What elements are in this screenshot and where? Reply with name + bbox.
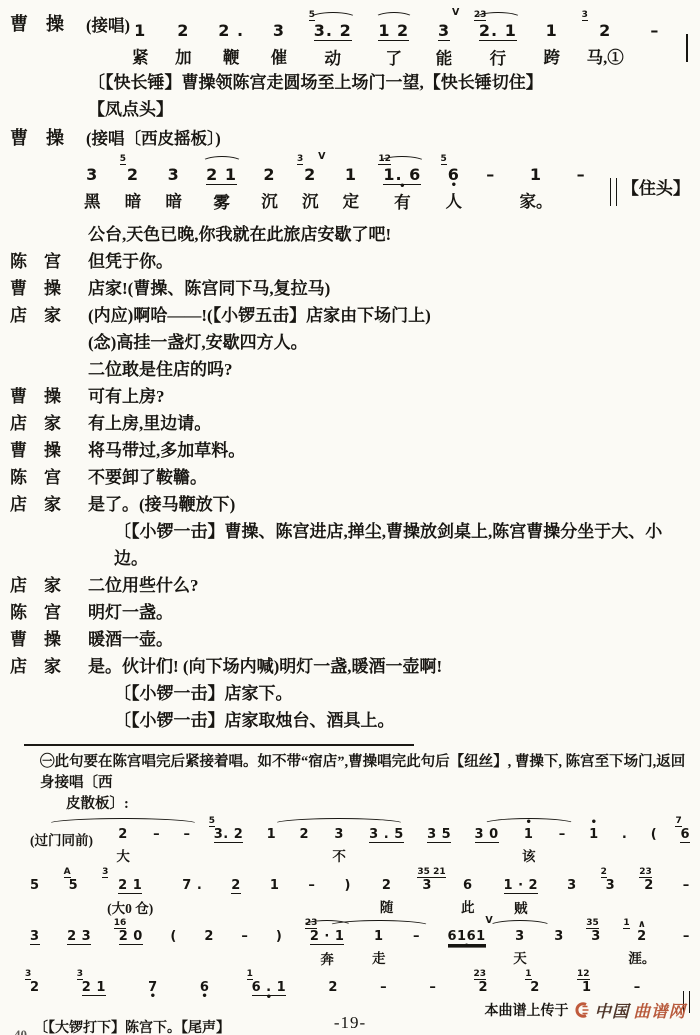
lyric: 涯。 — [628, 951, 655, 967]
dialogue-text: 公台,天色已晚,你我就在此旅店安歇了吧! — [88, 221, 692, 248]
note-text: 1 — [270, 878, 280, 893]
octave-dot-above-icon: • — [525, 819, 531, 827]
note-cell: – — [429, 969, 436, 1018]
lyric: 定 — [343, 192, 360, 212]
lyric: 家。 — [519, 192, 552, 212]
lyric: 贼 — [514, 901, 528, 917]
lyric: 跨 — [543, 48, 560, 68]
note-text: 3 — [554, 929, 564, 944]
corner-mark: 40 — [14, 1027, 27, 1035]
note-cell: 32 1(大0 仓) — [107, 867, 153, 917]
note-text: 3 5 — [427, 827, 451, 843]
note-cell: 2 .鞭 — [218, 10, 244, 68]
speaker-name: 曹 操 — [10, 275, 88, 302]
music-line-1: 1紧2加2 .鞭3催53. 2动1 2了V3能232. 1行1跨32马,①– — [132, 10, 692, 69]
vocal-tag: (接唱〔西皮摇板〕) — [86, 125, 221, 152]
grace-note: 5 — [209, 817, 215, 827]
note-cell: – — [413, 918, 420, 967]
dialogue-text: 〔【小锣一击】店家取烛台、酒具上。 — [88, 707, 692, 734]
dialogue-block: 公台,天色已晚,你我就在此旅店安歇了吧!陈 宫但凭于你。曹 操店家!(曹操、陈宫… — [0, 221, 700, 734]
note-cell: ( — [651, 816, 657, 865]
dialogue-row: 陈 宫明灯一盏。 — [0, 599, 700, 626]
slur-arc-icon — [202, 156, 242, 168]
grace-note: 3 — [582, 11, 588, 21]
note-cell: – — [559, 816, 566, 865]
note-text: 2 1 — [206, 166, 237, 185]
note-cell: – — [241, 918, 248, 967]
note-cell: – — [577, 154, 586, 212]
note-text: 3 — [438, 22, 450, 41]
grace-note: 1 — [525, 970, 531, 980]
note-text: – — [486, 166, 495, 184]
stage-direction: 【凤点头】 — [0, 96, 700, 123]
lyric: 随 — [380, 900, 394, 916]
grace-note: 5 — [441, 155, 447, 165]
note-text: – — [429, 980, 436, 995]
note-cell: 232. 1行 — [479, 10, 517, 69]
note-cell: 1∧2涯。 — [628, 918, 655, 967]
speaker-name: 陈 宫 — [10, 248, 88, 275]
grace-note: 12 — [378, 155, 391, 165]
lyric: (大0 仓) — [107, 901, 153, 917]
dialogue-text: (念)高挂一盏灯,安歇四方人。 — [88, 329, 692, 356]
dialogue-text: 店家!(曹操、陈宫同下马,复拉马) — [88, 275, 692, 302]
note-cell: 3天 — [513, 918, 527, 967]
note-text: 6 — [680, 827, 690, 843]
note-text: 7 . — [182, 878, 202, 893]
lyric: 动 — [324, 49, 341, 69]
grace-note: 35 21 — [417, 868, 445, 878]
note-cell: 2 — [231, 867, 241, 917]
dialogue-row: 曹 操可有上房? — [0, 383, 700, 410]
octave-dot-below-icon: • — [201, 995, 207, 1000]
grace-note: 3 — [77, 970, 83, 980]
lyric: 马,① — [587, 48, 624, 68]
note-text: – — [241, 929, 248, 944]
octave-dot-below-icon: • — [463, 945, 469, 950]
note-text: 1 — [267, 827, 277, 842]
note-cell: – — [308, 867, 315, 916]
grace-note: 1 — [247, 970, 253, 980]
note-cell: 3 . 5 — [369, 816, 404, 866]
note-cell: 53. 2动 — [314, 10, 352, 69]
section-label: 【住头】 — [622, 166, 690, 198]
speaker-name — [10, 680, 88, 707]
note-cell: – — [683, 918, 690, 967]
note-cell: – — [683, 867, 690, 916]
note-text: 3 — [591, 929, 601, 944]
octave-dot-below-icon: • — [266, 996, 272, 1001]
octave-dot-above-icon: ∧ — [638, 921, 646, 929]
lyric: 此 — [461, 900, 475, 916]
speaker-name: 店 家 — [10, 410, 88, 437]
footnote-text: 皮散板〕: — [0, 794, 700, 815]
aria-row-1: 曹 操 (接唱) 1紧2加2 .鞭3催53. 2动1 2了V3能232. 1行1… — [0, 0, 700, 69]
note-cell: 1 — [270, 867, 280, 916]
grace-note: 1 — [623, 919, 629, 929]
note-text: 2 0 — [119, 929, 143, 945]
lyric: 紧 — [132, 48, 149, 68]
note-text: 2 — [530, 980, 540, 995]
note-cell: 3催 — [271, 10, 288, 68]
note-text: 1 — [589, 827, 599, 842]
lyric: 大 — [116, 849, 130, 865]
note-text: 2 — [127, 166, 139, 184]
note-text: ) — [344, 878, 350, 893]
note-cell: 23 — [606, 867, 616, 916]
dialogue-row: 曹 操将马带过,多加草料。 — [0, 437, 700, 464]
dialogue-row: 店 家是了。(接马鞭放下) — [0, 491, 700, 518]
lyric: 走 — [372, 951, 386, 967]
note-cell: 2 1雾 — [206, 154, 237, 213]
dialogue-row: 〔【小锣一击】店家取烛台、酒具上。 — [0, 707, 700, 734]
speaker-name: 曹 操 — [10, 10, 86, 36]
note-cell: 2大 — [116, 816, 130, 865]
note-cell: 2沉 — [261, 154, 278, 212]
dialogue-text: 有上房,里边请。 — [88, 410, 692, 437]
note-cell: 2随 — [380, 867, 394, 916]
octave-dot-below-icon: • — [150, 995, 156, 1000]
note-text: . — [622, 827, 627, 842]
note-cell: 162 0 — [119, 918, 143, 968]
note-cell: 1定 — [343, 154, 360, 212]
note-cell: 56•人 — [446, 154, 463, 212]
breath-mark-icon: V — [452, 8, 459, 17]
note-text: 2 — [382, 878, 392, 893]
note-text: 2 — [204, 929, 214, 944]
lyric: 雾 — [213, 193, 230, 213]
note-cell: 1跨 — [543, 10, 560, 68]
note-cell: 3 — [554, 918, 564, 967]
note-text: 2 — [328, 980, 338, 995]
note-text: 3. 2 — [214, 827, 244, 843]
note-text: – — [183, 827, 190, 842]
grace-note: 2 — [601, 868, 607, 878]
speaker-name — [10, 221, 88, 248]
footnote-music-block: (过门同前)2大––53. 2123不3 . 53 53 0•1该–•1.(76… — [0, 815, 700, 1019]
note-text: 3 0 — [475, 827, 499, 843]
dialogue-row: 公台,天色已晚,你我就在此旅店安歇了吧! — [0, 221, 700, 248]
lyric: 能 — [436, 49, 453, 69]
note-text: 2 — [637, 929, 647, 944]
footnote-music-line: 32 3162 0(2–)232 · 1奔1走–V6161•3天33531∧2涯… — [0, 917, 700, 968]
footnote-text: ㊀此句要在陈宫唱完后紧接着唱。如不带“宿店”,曹操唱完此句后【纽丝】, 曹操下,… — [0, 752, 700, 794]
grace-note: 3 — [102, 868, 108, 878]
note-cell: 3暗 — [165, 154, 182, 212]
note-cell: 6此 — [461, 867, 475, 916]
dialogue-row: 店 家是。伙计们! (向下场内喊)明灯一盏,暖酒一壶啊! — [0, 653, 700, 680]
double-barline-icon — [610, 178, 617, 206]
vocal-tag: (接唱) — [86, 10, 130, 36]
note-text: 1 — [345, 166, 357, 184]
note-text: 1 2 — [378, 22, 409, 41]
note-text: – — [559, 827, 566, 842]
dialogue-text: 明灯一盏。 — [88, 599, 692, 626]
note-text: 2 3 — [67, 929, 91, 945]
dialogue-text: 但凭于你。 — [88, 248, 692, 275]
note-text: – — [380, 980, 387, 995]
note-cell: 1家。 — [519, 154, 552, 212]
speaker-name: 曹 操 — [10, 437, 88, 464]
speaker-name: 店 家 — [10, 491, 88, 518]
note-cell: 3不 — [332, 816, 346, 865]
score-page: 曹 操 (接唱) 1紧2加2 .鞭3催53. 2动1 2了V3能232. 1行1… — [0, 0, 700, 1035]
note-cell: – — [153, 816, 160, 865]
speaker-name: 曹 操 — [10, 626, 88, 653]
note-cell: 1 · 2贼 — [504, 867, 539, 917]
note-cell: ) — [344, 867, 350, 916]
lyric: 天 — [513, 951, 527, 967]
dialogue-row: 店 家(内应)啊哈——!(【小锣五击】店家由下场门上) — [0, 302, 700, 329]
lyric: 暗 — [125, 192, 142, 212]
note-text: 2 — [644, 878, 654, 893]
lyric: 有 — [394, 193, 411, 213]
note-cell: 121. 6•有 — [383, 154, 421, 213]
dialogue-row: 〔【小锣一击】曹操、陈宫进店,掸尘,曹操放剑桌上,陈宫曹操分坐于大、小边。 — [0, 518, 700, 572]
note-cell: A5 — [69, 867, 79, 916]
footnote-music-line: (过门同前)2大––53. 2123不3 . 53 53 0•1该–•1.(76 — [0, 815, 700, 866]
lyric: 加 — [175, 48, 192, 68]
note-cell: – — [650, 10, 659, 68]
octave-dot-above-icon: • — [591, 819, 597, 827]
dialogue-text: 不要卸了鞍韂。 — [88, 464, 692, 491]
note-text: 1 · 2 — [504, 878, 539, 894]
note-text: ( — [651, 827, 657, 842]
lyric: 催 — [271, 48, 288, 68]
note-text: – — [413, 929, 420, 944]
dialogue-row: 二位敢是住店的吗? — [0, 356, 700, 383]
lyric: 人 — [446, 192, 463, 212]
note-cell: – — [380, 969, 387, 1018]
note-text: 2 — [304, 166, 316, 184]
slur-arc-icon — [47, 818, 199, 830]
grace-note: 23 — [639, 868, 652, 878]
speaker-name: 陈 宫 — [10, 464, 88, 491]
note-cell: 52暗 — [125, 154, 142, 212]
note-text: 2 — [479, 980, 489, 995]
note-cell: 3黑 — [84, 154, 101, 212]
lyric: 鞭 — [223, 48, 240, 68]
note-text: 2 1 — [118, 878, 142, 894]
grace-note: 5 — [309, 11, 315, 21]
dialogue-row: 店 家有上房,里边请。 — [0, 410, 700, 437]
note-text: ( — [170, 929, 176, 944]
slur-arc-icon — [489, 920, 551, 932]
note-text: 3 — [273, 22, 285, 40]
note-text: 5 — [30, 878, 40, 893]
grace-note: 23 — [474, 11, 487, 21]
speaker-name: 陈 宫 — [10, 599, 88, 626]
note-text: – — [153, 827, 160, 842]
note-text: 3 — [422, 878, 432, 893]
grace-note: 7 — [675, 817, 681, 827]
note-cell: 2 — [328, 969, 338, 1018]
note-cell: 3 — [567, 867, 577, 916]
music-line-2: 3黑52暗3暗2 1雾2沉3V2沉1定121. 6•有56•人–1家。–【住头】 — [84, 154, 690, 213]
speaker-name: 曹 操 — [10, 125, 86, 152]
note-cell: 6• — [200, 969, 210, 1018]
barline-icon — [686, 34, 688, 62]
note-text: 1 — [134, 22, 146, 40]
note-cell: •1该 — [522, 816, 536, 865]
grace-note: 5 — [120, 155, 126, 165]
note-text: 2 — [231, 878, 241, 894]
note-text: – — [308, 878, 315, 893]
note-cell: 1紧 — [132, 10, 149, 68]
lyric: 奔 — [320, 952, 334, 968]
note-text: 2 — [599, 22, 611, 40]
grace-note: 16 — [114, 919, 127, 929]
octave-dot-below-icon: • — [399, 185, 405, 191]
breath-mark-icon: V — [318, 152, 325, 161]
lyric: 暗 — [165, 192, 182, 212]
page-number: -19- — [0, 1013, 700, 1033]
note-text: 2. 1 — [479, 22, 517, 41]
note-cell: •1 — [589, 816, 599, 865]
note-cell: ) — [276, 918, 282, 967]
note-text: 2 — [177, 22, 189, 40]
grace-note: 3 — [25, 970, 31, 980]
note-cell: 3 5 — [427, 816, 451, 866]
dialogue-row: 陈 宫但凭于你。 — [0, 248, 700, 275]
note-text: 3 . 5 — [369, 827, 404, 843]
note-text: 2 — [263, 166, 275, 184]
note-text: 1 — [546, 22, 558, 40]
note-text: 3 — [30, 929, 40, 945]
note-cell: 16 . 1• — [252, 969, 287, 1019]
octave-dot-below-icon: • — [451, 184, 457, 190]
note-cell: 35 213 — [422, 867, 432, 916]
note-text: 3. 2 — [314, 22, 352, 41]
slur-arc-icon — [310, 12, 356, 24]
note-text: – — [577, 166, 586, 184]
note-cell: ( — [170, 918, 176, 967]
dialogue-text: 可有上房? — [88, 383, 692, 410]
dialogue-row: 曹 操暖酒一壶。 — [0, 626, 700, 653]
lyric: 不 — [332, 849, 346, 865]
note-text: 5 — [69, 878, 79, 893]
dialogue-text: (内应)啊哈——!(【小锣五击】店家由下场门上) — [88, 302, 692, 329]
grace-note: A — [64, 868, 71, 878]
note-cell: . — [622, 816, 627, 865]
grace-note: 23 — [474, 970, 487, 980]
note-cell: 76 — [680, 816, 690, 866]
speaker-name — [10, 518, 88, 572]
dialogue-row: (念)高挂一盏灯,安歇四方人。 — [0, 329, 700, 356]
lyric: 沉 — [302, 192, 319, 212]
dialogue-text: 将马带过,多加草料。 — [88, 437, 692, 464]
dialogue-row: 陈 宫不要卸了鞍韂。 — [0, 464, 700, 491]
speaker-name: 店 家 — [10, 302, 88, 329]
grace-note: 12 — [577, 970, 590, 980]
note-cell: 32马,① — [587, 10, 624, 68]
stage-direction: 〔【快长锤】曹操领陈宫走圆场至上场门一望,【快长锤切住】 — [0, 69, 700, 96]
note-cell: V3能 — [436, 10, 453, 69]
note-cell: 32 1 — [82, 969, 106, 1019]
aria-row-2: 曹 操 (接唱〔西皮摇板〕) — [0, 123, 700, 152]
note-cell: 2加 — [175, 10, 192, 68]
note-text: 3 — [86, 166, 98, 184]
note-text: – — [634, 980, 641, 995]
note-text: 3 — [606, 878, 616, 893]
dialogue-text: 二位用些什么? — [88, 572, 692, 599]
dialogue-text: 是。伙计们! (向下场内喊)明灯一盏,暖酒一壶啊! — [88, 653, 692, 680]
dialogue-row: 曹 操店家!(曹操、陈宫同下马,复拉马) — [0, 275, 700, 302]
note-cell: 3V2沉 — [302, 154, 319, 212]
note-cell: 53. 2 — [214, 816, 244, 866]
note-text: – — [650, 22, 659, 40]
note-text: 3 — [168, 166, 180, 184]
note-cell: – — [183, 816, 190, 865]
speaker-name: 店 家 — [10, 653, 88, 680]
lyric: 行 — [490, 49, 507, 69]
barline: 【住头】 — [610, 154, 690, 206]
dialogue-text: 是了。(接马鞭放下) — [88, 491, 692, 518]
note-cell: 7 . — [182, 867, 202, 916]
dialogue-text: 二位敢是住店的吗? — [88, 356, 692, 383]
dialogue-text: 〔【小锣一击】店家下。 — [88, 680, 692, 707]
note-cell: 3 — [30, 918, 40, 968]
dialogue-text: 暖酒一壶。 — [88, 626, 692, 653]
note-text: 1 — [582, 980, 592, 995]
grace-note: 3 — [297, 155, 303, 165]
note-text: 3 — [567, 878, 577, 893]
note-cell: 2 — [204, 918, 214, 967]
note-cell: 232 — [644, 867, 654, 916]
note-cell: 5 — [30, 867, 40, 916]
lyric: 了 — [386, 49, 403, 69]
grace-note: 23 — [305, 919, 318, 929]
note-text: 6 — [463, 878, 473, 893]
dialogue-row: 店 家二位用些什么? — [0, 572, 700, 599]
note-text: 2 — [30, 980, 40, 995]
note-cell: 2 3 — [67, 918, 91, 968]
note-cell: 1 2了 — [378, 10, 409, 69]
note-cell: 32 — [30, 969, 40, 1018]
note-cell: – — [486, 154, 495, 212]
note-text: ) — [276, 929, 282, 944]
note-cell: V6161• — [448, 918, 486, 968]
dialogue-row: 〔【小锣一击】店家下。 — [0, 680, 700, 707]
note-cell: 1走 — [372, 918, 386, 967]
speaker-name: 店 家 — [10, 572, 88, 599]
barline — [686, 10, 688, 62]
note-text: – — [683, 878, 690, 893]
dialogue-text: 〔【小锣一击】曹操、陈宫进店,掸尘,曹操放剑桌上,陈宫曹操分坐于大、小边。 — [88, 518, 692, 572]
note-text: – — [683, 929, 690, 944]
note-text: 2 . — [218, 22, 244, 40]
speaker-name — [10, 329, 88, 356]
note-text: 2 1 — [82, 980, 106, 996]
grace-note: 35 — [586, 919, 599, 929]
note-cell: 353 — [591, 918, 601, 967]
lyric: 黑 — [84, 192, 101, 212]
speaker-name — [10, 707, 88, 734]
lyric: 该 — [522, 849, 536, 865]
speaker-name — [10, 356, 88, 383]
slur-arc-icon — [375, 12, 413, 24]
footnote-music-line: 5A532 1(大0 仓)7 .21–)2随35 2136此1 · 2贼3232… — [0, 866, 700, 917]
footnote-divider — [24, 744, 414, 746]
note-cell: 7• — [148, 969, 158, 1018]
lyric: 沉 — [261, 192, 278, 212]
speaker-name: 曹 操 — [10, 383, 88, 410]
note-text: 1 — [530, 166, 542, 184]
